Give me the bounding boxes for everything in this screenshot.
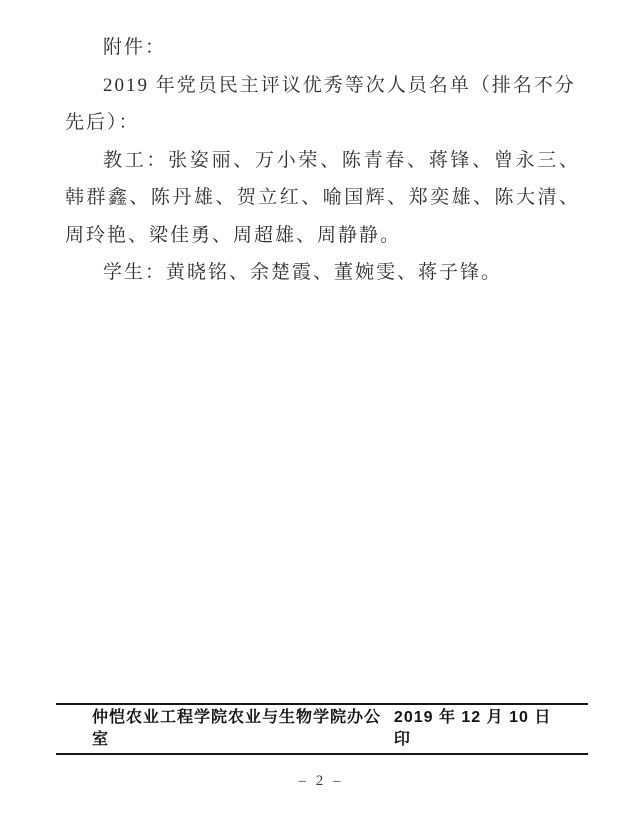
teachers-name-list: 教工：张姿丽、万小荣、陈青春、蒋锋、曾永三、韩群鑫、陈丹雄、贺立红、喻国辉、郑奕… [65, 142, 580, 255]
page-number: – 2 – [0, 773, 642, 790]
attachment-label: 附件： [65, 29, 580, 67]
issuing-office: 仲恺农业工程学院农业与生物学院办公室 [92, 707, 394, 751]
print-date: 2019 年 12 月 10 日印 [394, 707, 566, 751]
colophon-bar: 仲恺农业工程学院农业与生物学院办公室 2019 年 12 月 10 日印 [56, 703, 588, 755]
document-page: 附件： 2019 年党员民主评议优秀等次人员名单（排名不分先后）： 教工：张姿丽… [0, 0, 642, 831]
students-name-list: 学生：黄晓铭、余楚霞、董婉雯、蒋子锋。 [65, 254, 580, 292]
document-body: 附件： 2019 年党员民主评议优秀等次人员名单（排名不分先后）： 教工：张姿丽… [65, 29, 580, 292]
attachment-title: 2019 年党员民主评议优秀等次人员名单（排名不分先后）： [65, 67, 580, 142]
colophon-row: 仲恺农业工程学院农业与生物学院办公室 2019 年 12 月 10 日印 [56, 707, 588, 751]
